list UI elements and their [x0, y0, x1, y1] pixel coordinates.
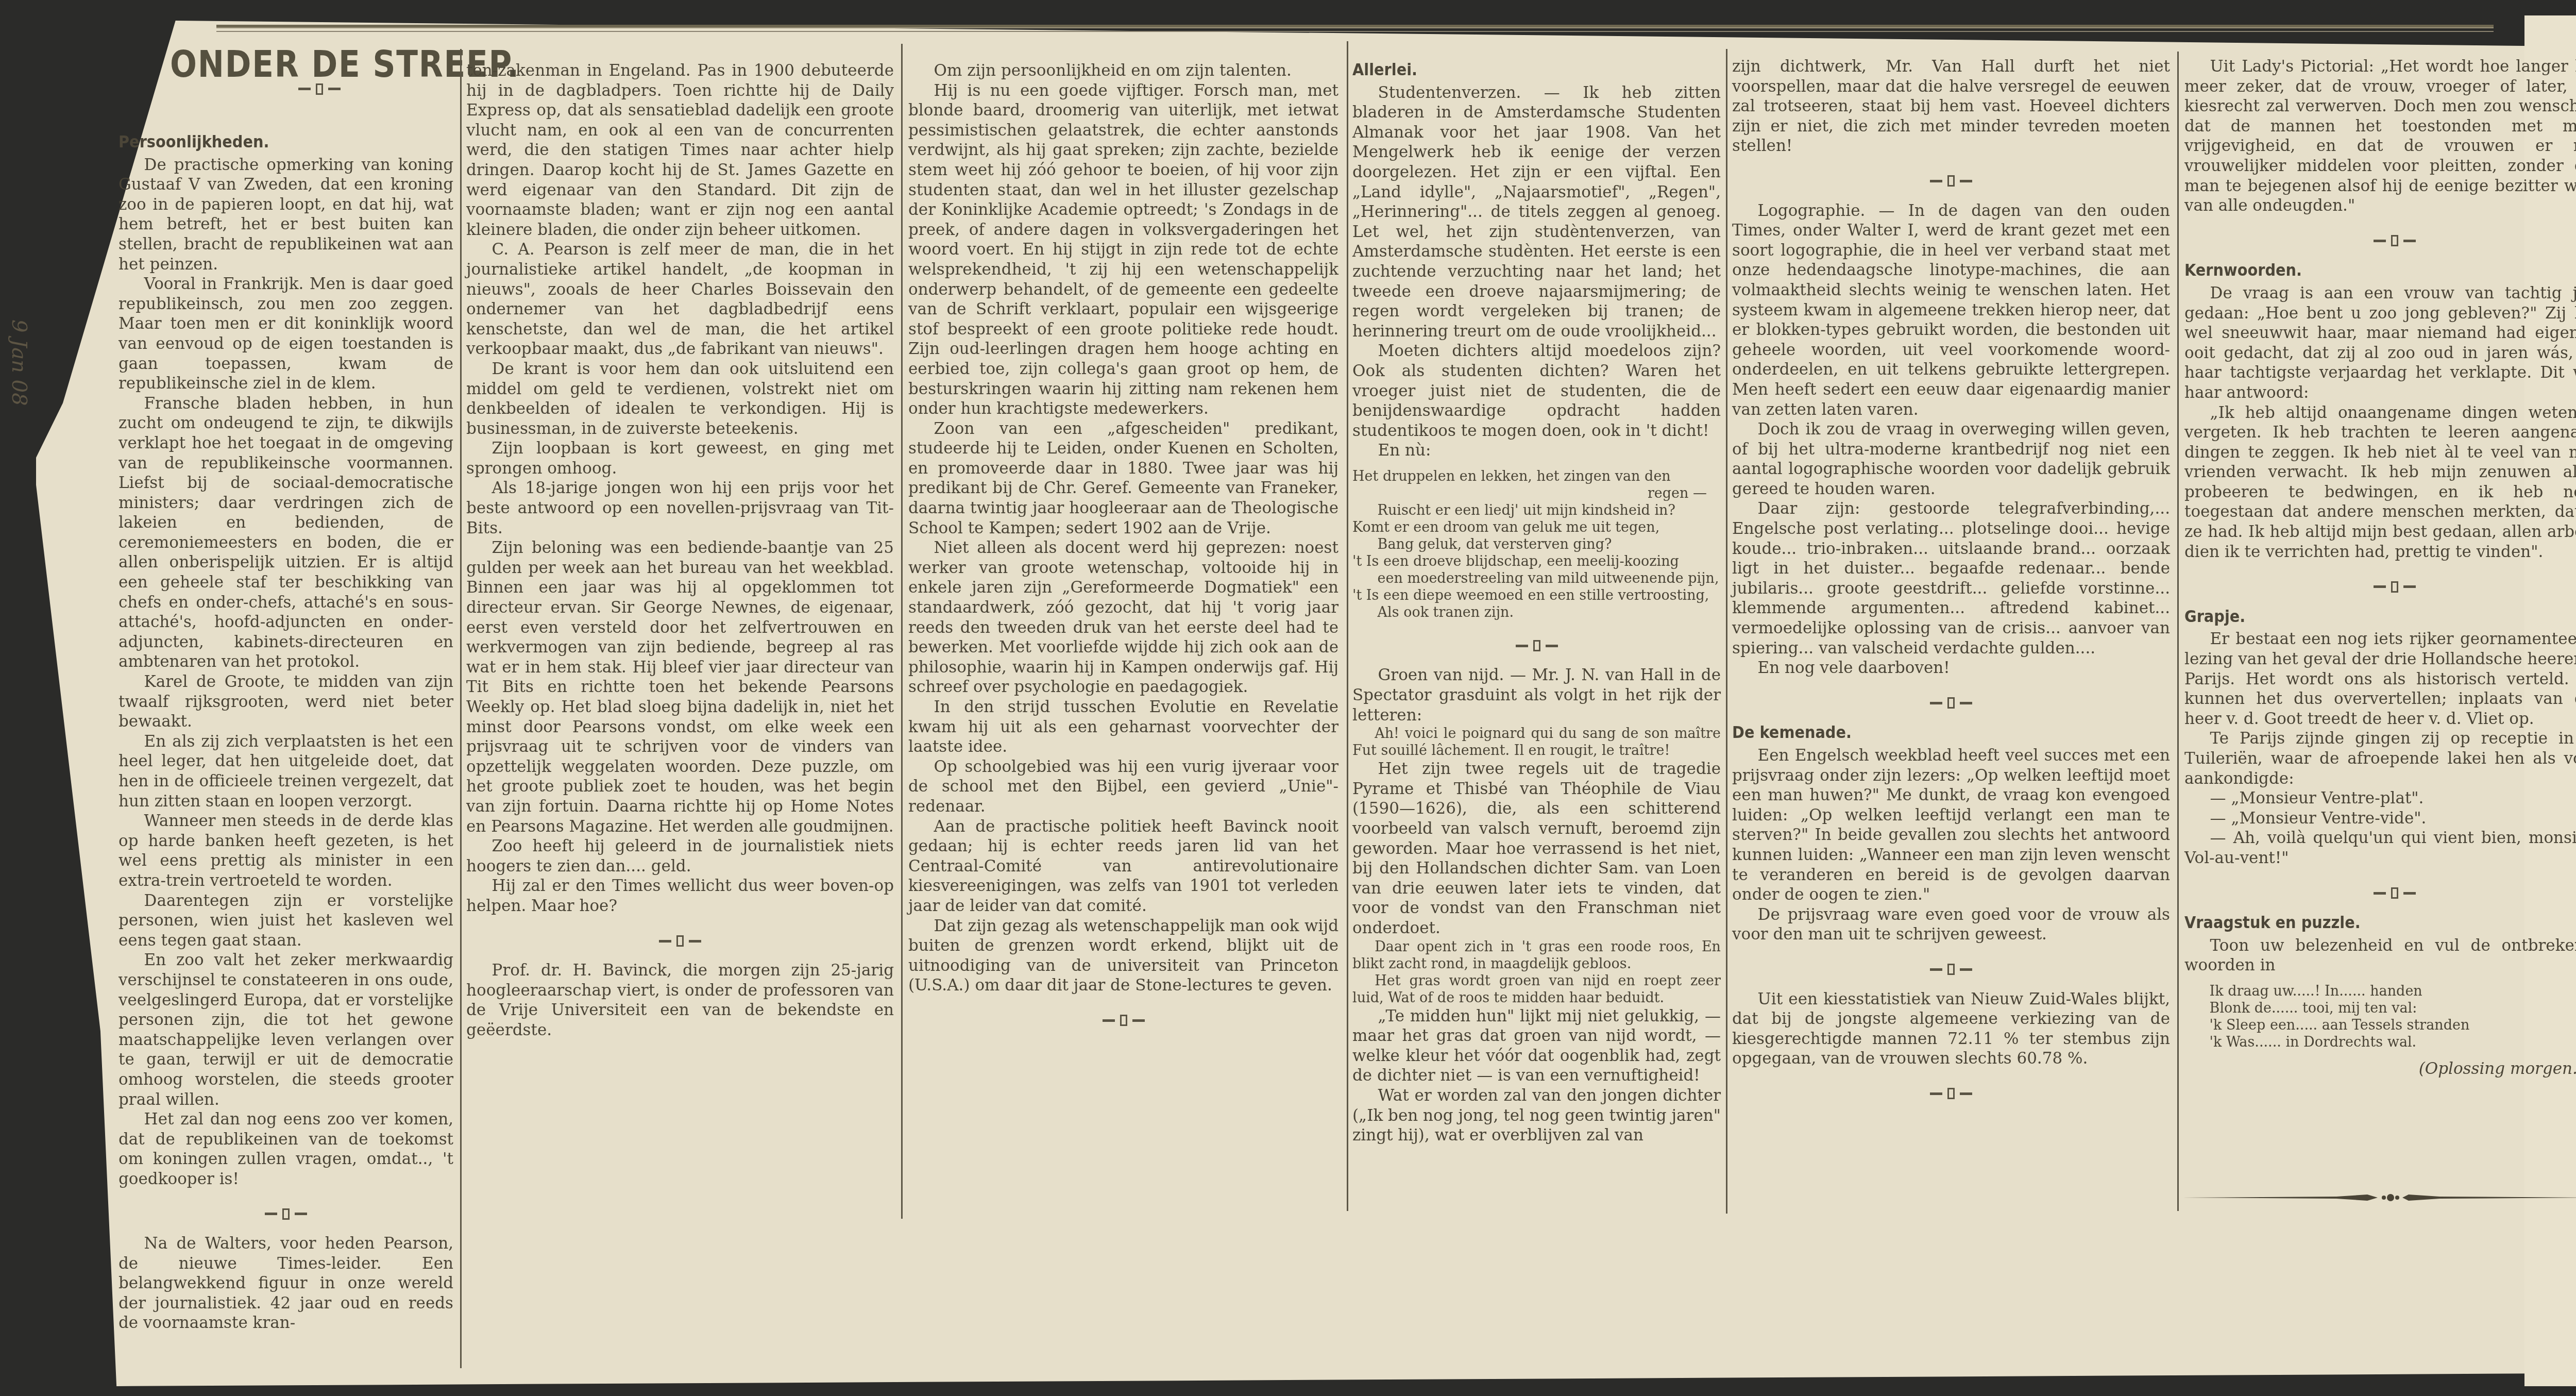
article-paragraph: En nog vele daarboven!: [1732, 658, 2170, 678]
article-paragraph: Vooral in Frankrijk. Men is daar goed re…: [118, 274, 453, 394]
article-paragraph: — „Monsieur Ventre-vide".: [2184, 809, 2576, 829]
handwritten-date-note: 9 Jan 08: [7, 319, 31, 406]
section-divider: [1732, 689, 2170, 710]
divider-ornament-icon: [1103, 1015, 1145, 1026]
article-paragraph: Moeten dichters altijd moedeloos zijn? O…: [1352, 341, 1721, 441]
poem-block: Het druppelen en lekken, het zingen van …: [1352, 468, 1721, 621]
end-ornament-icon: [2182, 1192, 2576, 1203]
article-heading: Persoonlijkheden.: [118, 132, 420, 152]
divider-ornament-icon: [1930, 964, 1972, 975]
divider-ornament-icon: [1930, 1088, 1972, 1099]
article-paragraph: En nù:: [1352, 441, 1721, 461]
article-paragraph: Een Engelsch weekblad heeft veel succes …: [1732, 746, 2170, 905]
column-rule-1: [460, 49, 462, 1368]
column-rule-3: [1347, 41, 1348, 1211]
poem-line: Het druppelen en lekken, het zingen van …: [1352, 468, 1721, 485]
poem-line: 't Is een droeve blijdschap, een meelij-…: [1352, 553, 1721, 570]
article-paragraph: Studentenverzen. — Ik heb zitten bladere…: [1352, 83, 1721, 342]
divider-ornament-icon: [265, 1208, 307, 1220]
poem-line: Ik draag uw.....! In...... handen: [2184, 983, 2576, 1000]
divider-ornament-icon: [2374, 581, 2416, 593]
column-6: Uit Lady's Pictorial: „Het wordt hoe lan…: [2184, 57, 2576, 1079]
poem-line: 'k Sleep een..... aan Tessels stranden: [2184, 1017, 2576, 1034]
quoted-verse: Daar opent zich in 't gras een roode roo…: [1352, 938, 1721, 972]
article-paragraph: Zoon van een „afgescheiden" predikant, s…: [908, 419, 1338, 539]
article-paragraph: Daarentegen zijn er vorstelijke personen…: [118, 891, 453, 951]
article-paragraph: „Te midden hun" lijkt mij niet gelukkig,…: [1352, 1006, 1721, 1086]
article-paragraph: De prijsvraag ware even goed voor de vro…: [1732, 905, 2170, 945]
poem-line: Blonk de...... tooi, mij ten val:: [2184, 1000, 2576, 1017]
poem-line: Als ook tranen zijn.: [1352, 604, 1721, 621]
column-2: ten-zakenman in Engeland. Pas in 1900 de…: [466, 61, 894, 1040]
section-divider: [118, 1200, 453, 1220]
section-divider: [908, 1007, 1338, 1027]
article-paragraph: Na de Walters, voor heden Pearson, de ni…: [118, 1234, 453, 1333]
article-paragraph: En als zij zich verplaatsten is het een …: [118, 732, 453, 811]
signoff-note: (Oplossing morgen.): [2184, 1059, 2576, 1079]
article-paragraph: En zoo valt het zeker merkwaardig versch…: [118, 950, 453, 1109]
article-heading: Grapje.: [2184, 607, 2563, 627]
article-paragraph: — Ah, voilà quelqu'un qui vient bien, mo…: [2184, 828, 2576, 868]
poem-line: Komt er een droom van geluk me uit tegen…: [1352, 519, 1721, 536]
article-paragraph: Daar zijn: gestoorde telegrafverbinding,…: [1732, 499, 2170, 658]
article-paragraph: Het zal dan nog eens zoo ver komen, dat …: [118, 1109, 453, 1189]
article-heading: Allerlei.: [1352, 60, 1684, 80]
article-paragraph: In den strijd tusschen Evolutie en Revel…: [908, 697, 1338, 757]
section-divider: [466, 928, 894, 948]
article-paragraph: Zijn beloning was een bediende-baantje v…: [466, 538, 894, 836]
article-paragraph: Uit Lady's Pictorial: „Het wordt hoe lan…: [2184, 57, 2576, 216]
article-paragraph: De vraag is aan een vrouw van tachtig ja…: [2184, 283, 2576, 403]
quoted-verse: Ah! voici le poignard qui du sang de son…: [1352, 725, 1721, 759]
column-rule-4: [1726, 49, 1727, 1214]
article-paragraph: De krant is voor hem dan ook uitsluitend…: [466, 359, 894, 439]
poem-line: 't Is een diepe weemoed en een stille ve…: [1352, 587, 1721, 604]
article-paragraph: Uit een kiesstatistiek van Nieuw Zuid-Wa…: [1732, 989, 2170, 1069]
section-divider: [1732, 167, 2170, 188]
article-paragraph: Er bestaat een nog iets rijker geornamen…: [2184, 629, 2576, 729]
article-paragraph: Logographie. — In de dagen van den ouden…: [1732, 201, 2170, 420]
divider-ornament-icon: [659, 935, 701, 947]
divider-ornament-icon: [2374, 887, 2416, 899]
divider-ornament-icon: [298, 83, 341, 95]
quoted-verse: Het gras wordt groen van nijd en roept z…: [1352, 972, 1721, 1006]
article-paragraph: Wanneer men steeds in de derde klas op h…: [118, 811, 453, 890]
article-paragraph: ten-zakenman in Engeland. Pas in 1900 de…: [466, 61, 894, 240]
poem-line: een moederstreeling van mild uitweenende…: [1352, 570, 1721, 587]
column-rule-5: [2177, 52, 2179, 1211]
article-paragraph: Zijn loopbaan is kort geweest, en ging m…: [466, 439, 894, 478]
section-divider: [2184, 573, 2576, 593]
article-paragraph: Dat zijn gezag als wetenschappelijk man …: [908, 916, 1338, 996]
divider-ornament-icon: [1516, 640, 1558, 651]
article-paragraph: Op schoolgebied was hij een vurig ijvera…: [908, 757, 1338, 817]
article-paragraph: Toon uw belezenheid en vul de ontbrekend…: [2184, 936, 2576, 975]
masthead-rule-secondary: [216, 31, 2494, 32]
poem-line: Ruischt er een liedj' uit mijn kindsheid…: [1352, 502, 1721, 519]
column-5: zijn dichtwerk, Mr. Van Hall durft het n…: [1732, 57, 2170, 1114]
article-paragraph: Als 18-jarige jongen won hij een prijs v…: [466, 478, 894, 538]
section-divider: [1732, 956, 2170, 976]
article-paragraph: Niet alleen als docent werd hij geprezen…: [908, 538, 1338, 697]
article-paragraph: Karel de Groote, te midden van zijn twaa…: [118, 672, 453, 732]
article-paragraph: Fransche bladen hebben, in hun zucht om …: [118, 394, 453, 672]
article-paragraph: Doch ik zou de vraag in overweging wille…: [1732, 419, 2170, 499]
article-paragraph: De practische opmerking van koning Gusta…: [118, 155, 453, 275]
article-paragraph: Hij is nu een goede vijftiger. Forsch ma…: [908, 81, 1338, 419]
column-4: Allerlei.Studentenverzen. — Ik heb zitte…: [1352, 57, 1721, 1146]
section-divider: [1732, 1080, 2170, 1100]
article-paragraph: Groen van nijd. — Mr. J. N. van Hall in …: [1352, 665, 1721, 725]
poem-line: Bang geluk, dat versterven ging?: [1352, 536, 1721, 553]
article-paragraph: Het zijn twee regels uit de tragedie Pyr…: [1352, 759, 1721, 938]
divider-ornament-icon: [1930, 175, 1972, 187]
article-paragraph: Te Parijs zijnde gingen zij op receptie …: [2184, 729, 2576, 788]
article-paragraph: Aan de practische politiek heeft Bavinck…: [908, 817, 1338, 916]
section-divider: [2184, 227, 2576, 247]
article-heading: De kemenade.: [1732, 722, 2126, 743]
article-heading: Kernwoorden.: [2184, 260, 2563, 280]
column-rule-2: [901, 44, 903, 1219]
section-divider: [1352, 632, 1721, 652]
divider-ornament-icon: [1930, 697, 1972, 709]
section-divider: [2184, 880, 2576, 900]
article-paragraph: zijn dichtwerk, Mr. Van Hall durft het n…: [1732, 57, 2170, 156]
title-divider: [155, 82, 484, 95]
article-paragraph: Prof. dr. H. Bavinck, die morgen zijn 25…: [466, 961, 894, 1040]
article-paragraph: Wat er worden zal van den jongen dichter…: [1352, 1086, 1721, 1146]
poem-block: Ik draag uw.....! In...... handenBlonk d…: [2184, 983, 2576, 1051]
article-paragraph: — „Monsieur Ventre-plat".: [2184, 788, 2576, 809]
article-paragraph: Om zijn persoonlijkheid en om zijn talen…: [908, 61, 1338, 81]
poem-line: 'k Was...... in Dordrechts wal.: [2184, 1034, 2576, 1051]
article-paragraph: „Ik heb altijd onaangename dingen weten …: [2184, 403, 2576, 562]
masthead-rule: [216, 25, 2494, 28]
article-heading: Vraagstuk en puzzle.: [2184, 913, 2563, 933]
column-1: Persoonlijkheden.De practische opmerking…: [118, 129, 453, 1333]
article-paragraph: Zoo heeft hij geleerd in de journalistie…: [466, 836, 894, 876]
column-3: Om zijn persoonlijkheid en om zijn talen…: [908, 61, 1338, 1040]
poem-line: regen —: [1352, 485, 1721, 502]
divider-ornament-icon: [2374, 235, 2416, 246]
article-paragraph: C. A. Pearson is zelf meer de man, die i…: [466, 240, 894, 359]
article-paragraph: Hij zal er den Times wellicht dus weer b…: [466, 876, 894, 916]
